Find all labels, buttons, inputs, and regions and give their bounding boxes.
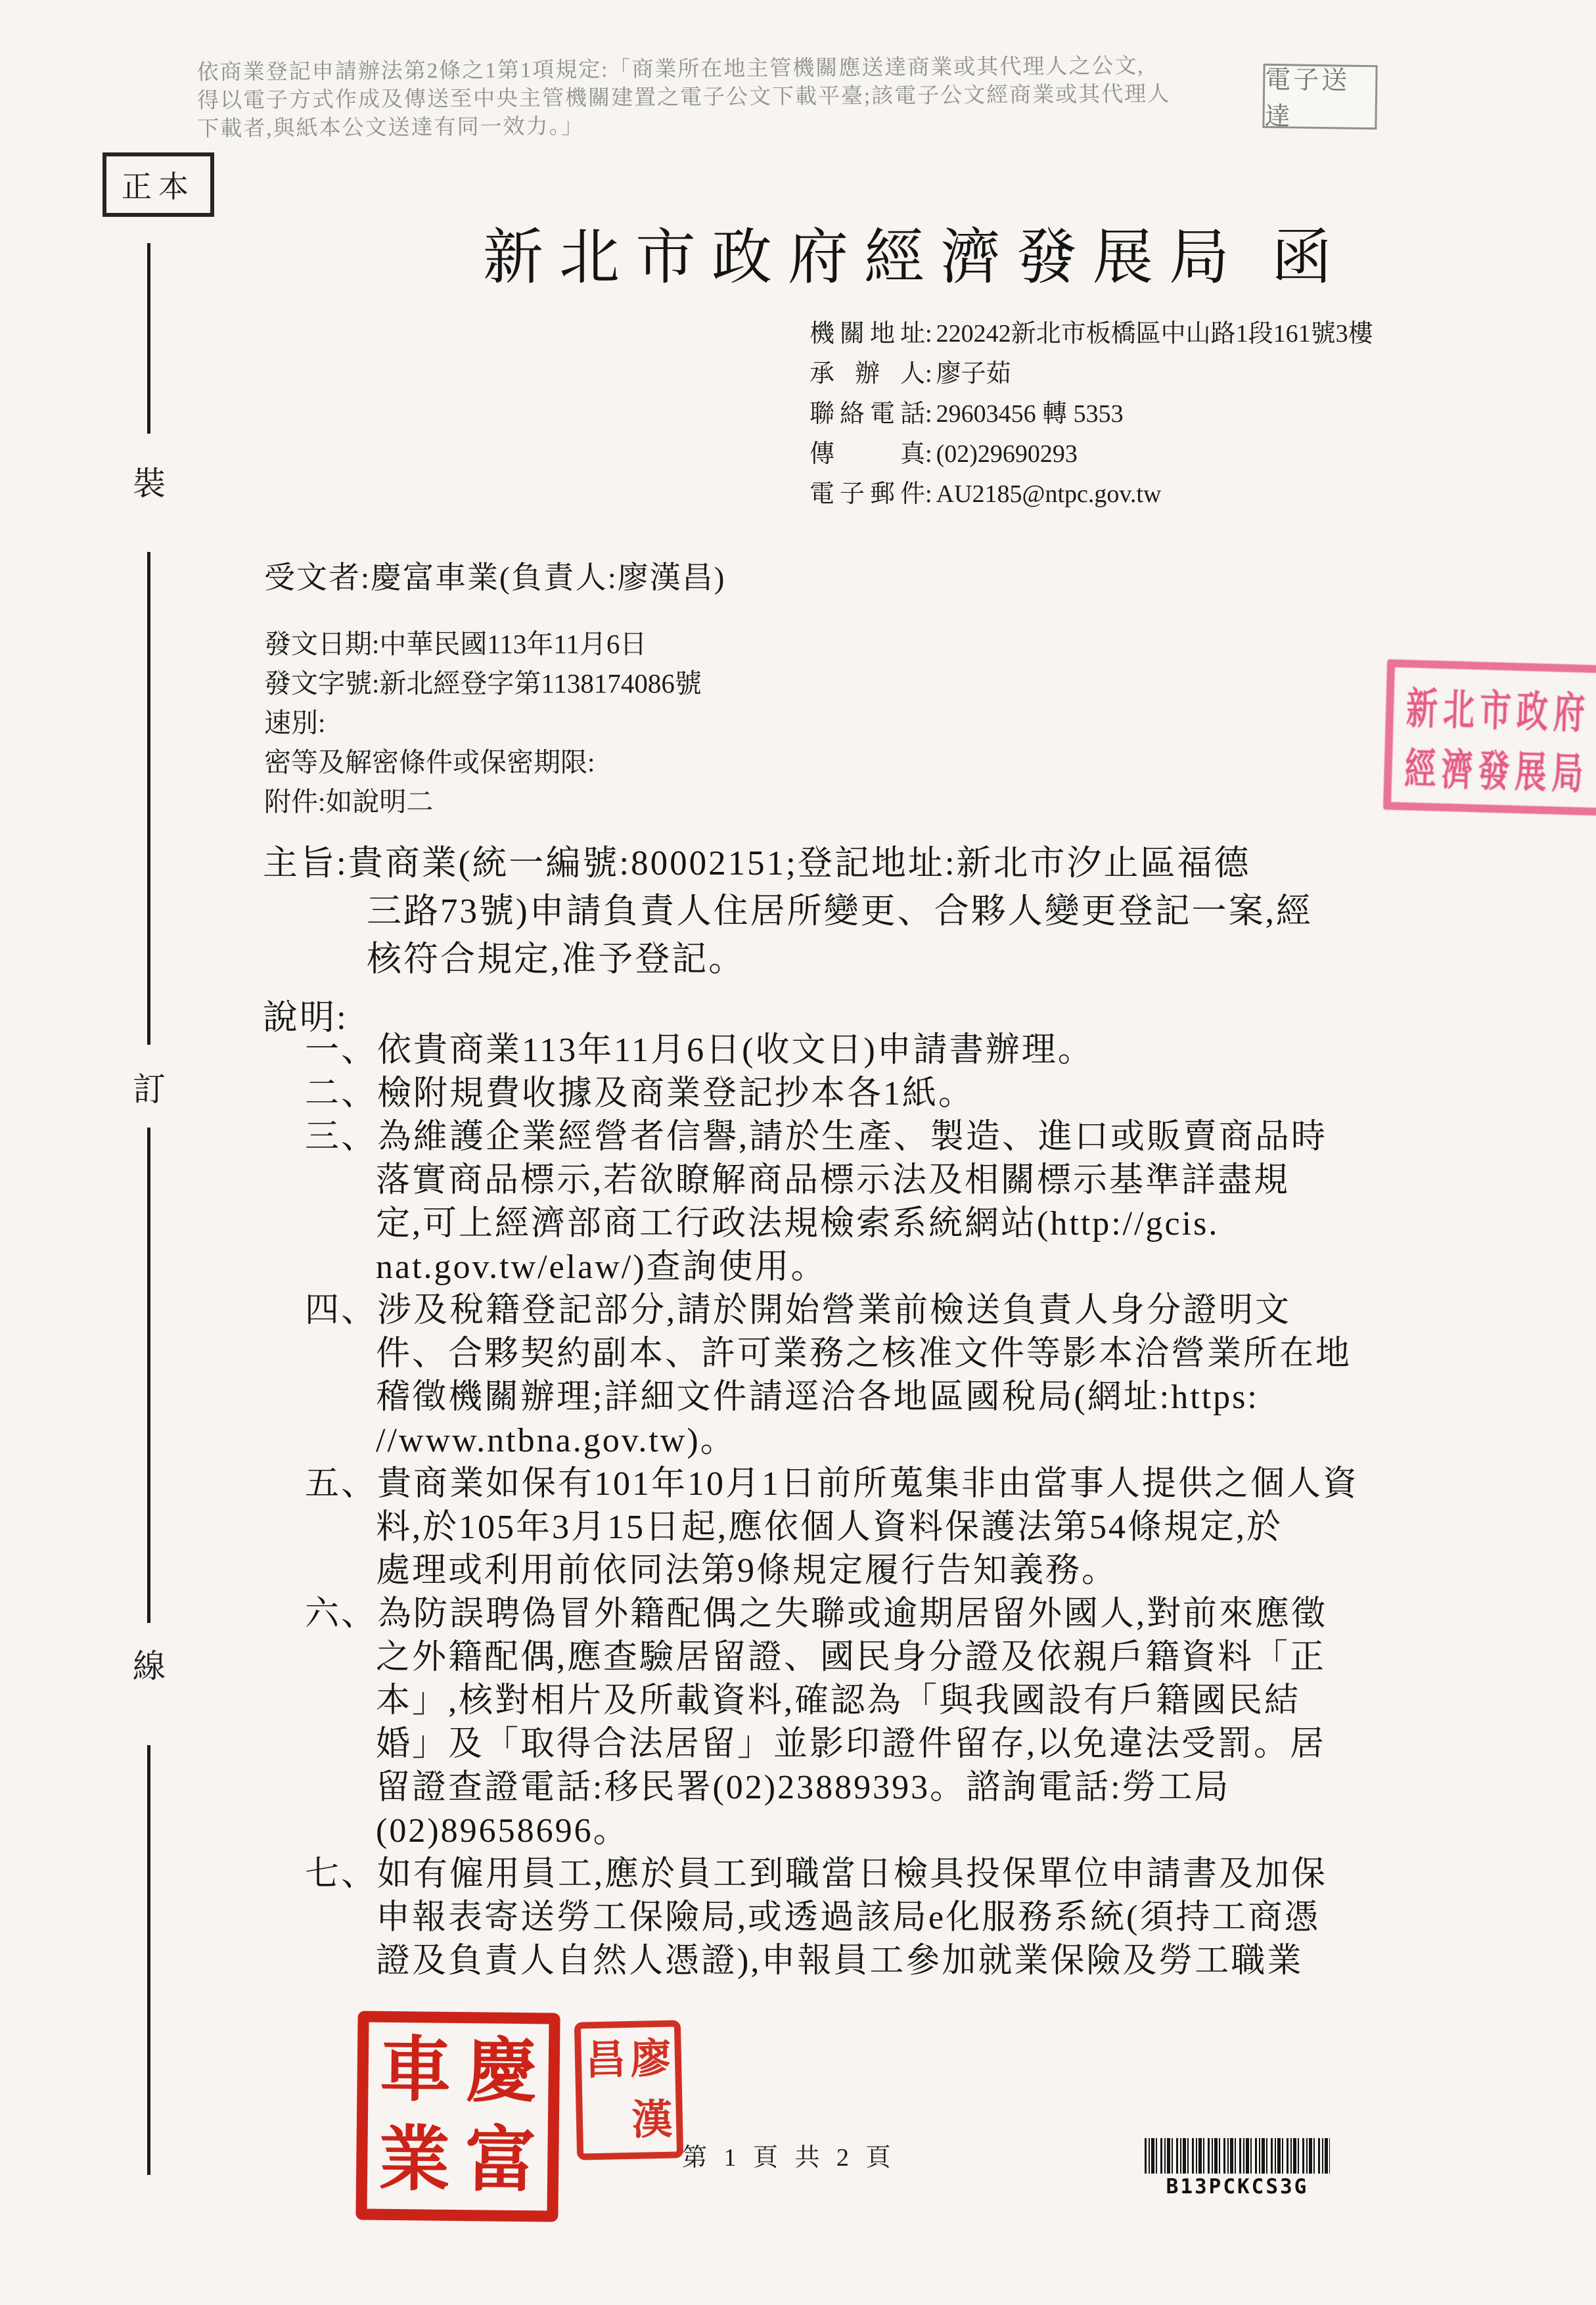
item-4-line-4: //www.ntbna.gov.tw)。 [305, 1419, 1359, 1463]
barcode-text: B13PCKCS3G [1145, 2175, 1330, 2199]
item-7-line-2: 申報表寄送勞工保險局,或透過該局e化服務系統(須持工商憑 [305, 1896, 1359, 1940]
item-7-text-1: 如有僱用員工,應於員工到職當日檢具投保單位申請書及加保 [377, 1856, 1327, 1893]
binding-char-xian: 線 [126, 1640, 172, 1687]
agency-fax-value: (02)29690293 [936, 440, 1078, 468]
personal-seal-liao-han-chang: 昌 廖 漢 [574, 2020, 683, 2160]
item-7-line-1: 七、如有僱用員工,應於員工到職當日檢具投保單位申請書及加保 [305, 1853, 1359, 1896]
page-number: 第 1 頁 共 2 頁 [682, 2137, 896, 2173]
top-legal-note: 依商業登記申請辦法第2條之1第1項規定:「商業所在地主管機關應送達商業或其代理人… [197, 51, 1302, 144]
binding-line-segment-3 [147, 1128, 150, 1623]
item-6-number: 六、 [305, 1595, 377, 1633]
agency-fax-row: 傳真:(02)29690293 [809, 434, 1373, 474]
subject-line-2: 三路73號)申請負責人住居所變更、合夥人變更登記一案,經 [263, 888, 1313, 936]
binding-line-segment-2 [147, 552, 150, 1045]
issuing-agency-name: 新北市政府經濟發展局 [483, 224, 1245, 291]
binding-line-segment-1 [147, 243, 150, 434]
subject-block: 主旨:貴商業(統一編號:80002151;登記地址:新北市汐止區福德 三路73號… [263, 840, 1313, 984]
item-4-line-1: 四、涉及稅籍登記部分,請於開始營業前檢送負責人身分證明文 [305, 1289, 1359, 1333]
item-5-line-3: 處理或利用前依同法第9條規定履行告知義務。 [305, 1549, 1359, 1593]
personal-seal-char-3 [583, 2090, 630, 2152]
binding-char-zhuang: 裝 [126, 457, 172, 505]
item-4-text-1: 涉及稅籍登記部分,請於開始營業前檢送負責人身分證明文 [377, 1292, 1291, 1329]
item-6-line-1: 六、為防誤聘偽冒外籍配偶之失聯或逾期居留外國人,對前來應徵 [305, 1593, 1359, 1636]
item-5-line-2: 料,於105年3月15日起,應依個人資料保護法第54條規定,於 [305, 1506, 1359, 1549]
company-seal-char-3: 業 [371, 2116, 458, 2206]
subject-line-1: 主旨:貴商業(統一編號:80002151;登記地址:新北市汐止區福德 [263, 840, 1313, 888]
item-4-line-2: 件、合夥契約副本、許可業務之核准文件等影本洽營業所在地 [305, 1333, 1359, 1376]
item-6-line-5: 留證查證電話:移民署(02)23889393。諮詢電話:勞工局 [305, 1766, 1359, 1810]
agency-email-label: 電子郵件 [809, 474, 925, 514]
item-1-number: 一、 [305, 1032, 377, 1069]
recipient-line: 受文者:慶富車業(負責人:廖漢昌) [264, 553, 725, 597]
reference-number-line: 發文字號:新北經登字第1138174086號 [264, 664, 702, 703]
original-copy-label: 正本 [122, 163, 195, 206]
company-seal-char-1: 車 [372, 2026, 459, 2116]
document-type: 函 [1271, 224, 1348, 291]
agency-phone-row: 聯絡電話:29603456 轉 5353 [809, 394, 1373, 434]
speed-class-line: 速別: [264, 703, 702, 742]
item-4-number: 四、 [305, 1292, 377, 1329]
item-3-number: 三、 [305, 1118, 377, 1156]
agency-official-seal: 新北市政府 經濟發展局 [1383, 659, 1596, 815]
company-seal-char-4: 富 [457, 2116, 544, 2206]
item-6-text-1: 為防誤聘偽冒外籍配偶之失聯或逾期居留外國人,對前來應徵 [377, 1595, 1327, 1633]
item-5-number: 五、 [305, 1465, 377, 1503]
personal-seal-char-1: 昌 [582, 2029, 629, 2091]
company-seal-qingfu-motors: 車 慶 業 富 [355, 2011, 560, 2222]
item-6-line-6: (02)89658696。 [305, 1810, 1359, 1853]
confidentiality-line: 密等及解密條件或保密期限: [264, 742, 702, 782]
colon: : [925, 320, 932, 348]
item-2-text: 檢附規費收據及商業登記抄本各1紙。 [377, 1075, 974, 1112]
colon: : [925, 440, 932, 468]
personal-seal-char-2: 廖 [627, 2028, 674, 2090]
item-6-line-4: 婚」及「取得合法居留」並影印證件留存,以免違法受罰。居 [305, 1723, 1359, 1766]
barcode-image [1145, 2138, 1330, 2174]
scanned-letter-page: 依商業登記申請辦法第2條之1第1項規定:「商業所在地主管機關應送達商業或其代理人… [0, 0, 1596, 2305]
item-2-line-1: 二、檢附規費收據及商業登記抄本各1紙。 [305, 1072, 1359, 1116]
subject-line-3: 核符合規定,准予登記。 [263, 936, 1313, 984]
item-2-number: 二、 [305, 1075, 377, 1112]
agency-seal-row1: 新北市政府 [1405, 674, 1591, 741]
binding-line-segment-4 [147, 1745, 150, 2175]
item-1-text: 依貴商業113年11月6日(收文日)申請書辦理。 [377, 1032, 1094, 1069]
electronic-delivery-label: 電子送達 [1264, 59, 1376, 134]
item-3-line-1: 三、為維護企業經營者信譽,請於生產、製造、進口或販賣商品時 [305, 1116, 1359, 1159]
item-6-line-3: 本」,核對相片及所載資料,確認為「與我國設有戶籍國民結 [305, 1679, 1359, 1723]
agency-contact-block: 機關地址:220242新北市板橋區中山路1段161號3樓 承辦人:廖子茹 聯絡電… [809, 314, 1373, 514]
personal-seal-char-4: 漢 [629, 2089, 675, 2151]
item-7-number: 七、 [305, 1856, 377, 1893]
agency-email-value: AU2185@ntpc.gov.tw [936, 480, 1162, 508]
issue-date-line: 發文日期:中華民國113年11月6日 [264, 624, 702, 664]
item-7-line-3: 證及負責人自然人憑證),申報員工參加就業保險及勞工職業 [305, 1940, 1359, 1983]
item-3-line-3: 定,可上經濟部商工行政法規檢索系統網站(http://gcis. [305, 1202, 1359, 1246]
agency-officer-label: 承辦人 [809, 354, 925, 394]
document-title: 新北市政府經濟發展局函 [483, 209, 1348, 296]
agency-officer-value: 廖子茹 [936, 360, 1011, 388]
barcode-block: B13PCKCS3G [1145, 2138, 1330, 2199]
electronic-delivery-stamp: 電子送達 [1262, 64, 1377, 129]
colon: : [925, 480, 932, 508]
agency-address-label: 機關地址 [809, 314, 925, 354]
item-5-text-1: 貴商業如保有101年10月1日前所蒐集非由當事人提供之個人資 [377, 1465, 1359, 1503]
agency-phone-label: 聯絡電話 [809, 394, 925, 434]
agency-seal-row2: 經濟發展局 [1403, 735, 1589, 801]
agency-address-row: 機關地址:220242新北市板橋區中山路1段161號3樓 [809, 314, 1373, 354]
subject-label: 主旨: [263, 844, 348, 882]
description-items: 一、依貴商業113年11月6日(收文日)申請書辦理。 二、檢附規費收據及商業登記… [305, 1029, 1359, 1983]
item-3-line-4: nat.gov.tw/elaw/)查詢使用。 [305, 1246, 1359, 1289]
item-4-line-3: 稽徵機關辦理;詳細文件請逕洽各地區國稅局(網址:https: [305, 1376, 1359, 1419]
item-1-line-1: 一、依貴商業113年11月6日(收文日)申請書辦理。 [305, 1029, 1359, 1072]
agency-email-row: 電子郵件:AU2185@ntpc.gov.tw [809, 474, 1373, 514]
binding-char-ding: 訂 [126, 1063, 172, 1110]
item-5-line-1: 五、貴商業如保有101年10月1日前所蒐集非由當事人提供之個人資 [305, 1463, 1359, 1506]
agency-fax-label: 傳真 [809, 434, 925, 474]
item-3-line-2: 落實商品標示,若欲瞭解商品標示法及相關標示基準詳盡規 [305, 1159, 1359, 1202]
agency-address-value: 220242新北市板橋區中山路1段161號3樓 [936, 320, 1373, 348]
item-3-text-1: 為維護企業經營者信譽,請於生產、製造、進口或販賣商品時 [377, 1118, 1327, 1156]
company-seal-char-2: 慶 [458, 2027, 545, 2117]
original-copy-marker: 正本 [103, 152, 214, 217]
document-meta-block: 發文日期:中華民國113年11月6日 發文字號:新北經登字第1138174086… [264, 624, 702, 821]
agency-officer-row: 承辦人:廖子茹 [809, 354, 1373, 394]
colon: : [925, 400, 932, 428]
subject-text-1: 貴商業(統一編號:80002151;登記地址:新北市汐止區福德 [348, 844, 1251, 882]
colon: : [925, 360, 932, 388]
attachment-line: 附件:如說明二 [264, 782, 702, 821]
item-6-line-2: 之外籍配偶,應查驗居留證、國民身分證及依親戶籍資料「正 [305, 1636, 1359, 1679]
agency-phone-value: 29603456 轉 5353 [936, 400, 1124, 428]
